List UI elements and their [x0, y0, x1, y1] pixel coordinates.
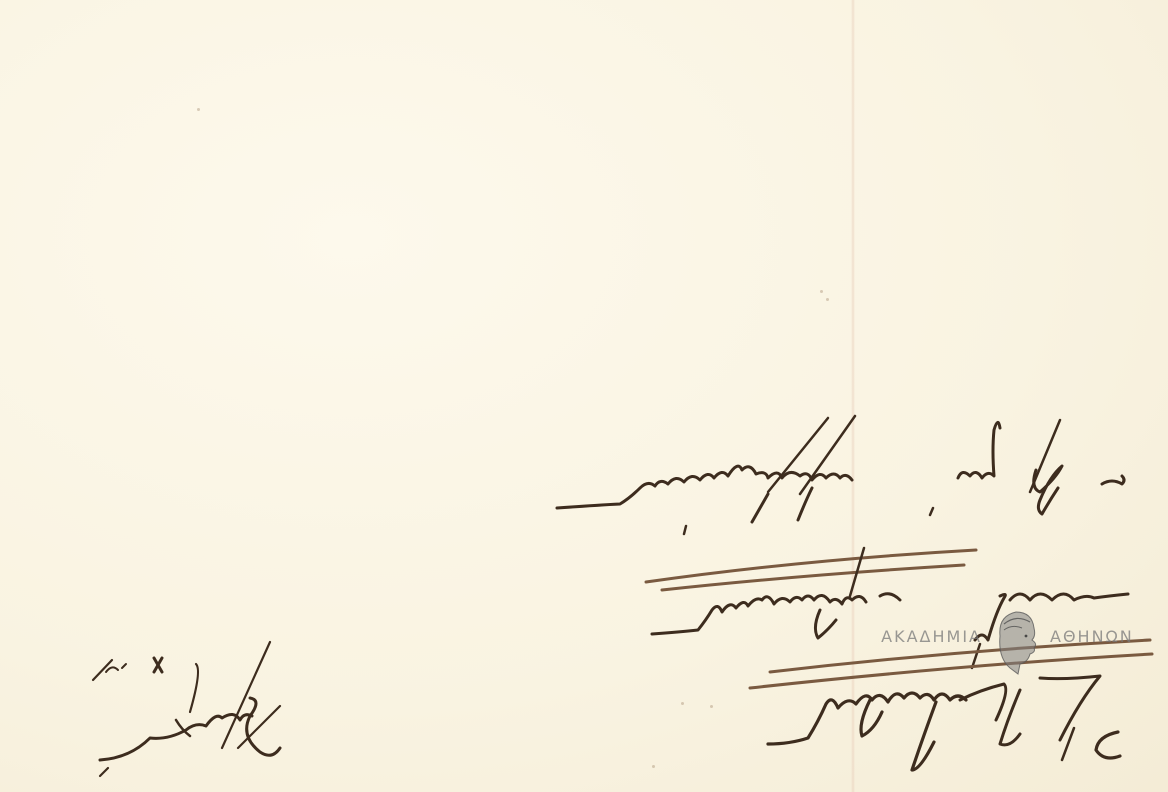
athena-head-icon — [990, 606, 1042, 676]
underline-rule — [662, 565, 964, 590]
academy-watermark: ΑΚΑΔΗΜΙΑ ΑΘΗΝΩΝ — [862, 616, 1134, 656]
scanned-document: ΑΚΑΔΗΜΙΑ ΑΘΗΝΩΝ Τῷ ἐξοχ. Κυρίῳ κ. ... (n… — [0, 0, 1168, 792]
watermark-right-text: ΑΘΗΝΩΝ — [1050, 627, 1134, 646]
handwriting-line-1 — [557, 416, 1124, 534]
underline-rule — [750, 654, 1152, 688]
handwriting-annotation — [93, 642, 280, 776]
handwriting-line-3 — [768, 676, 1120, 770]
watermark-left-text: ΑΚΑΔΗΜΙΑ — [862, 627, 982, 646]
